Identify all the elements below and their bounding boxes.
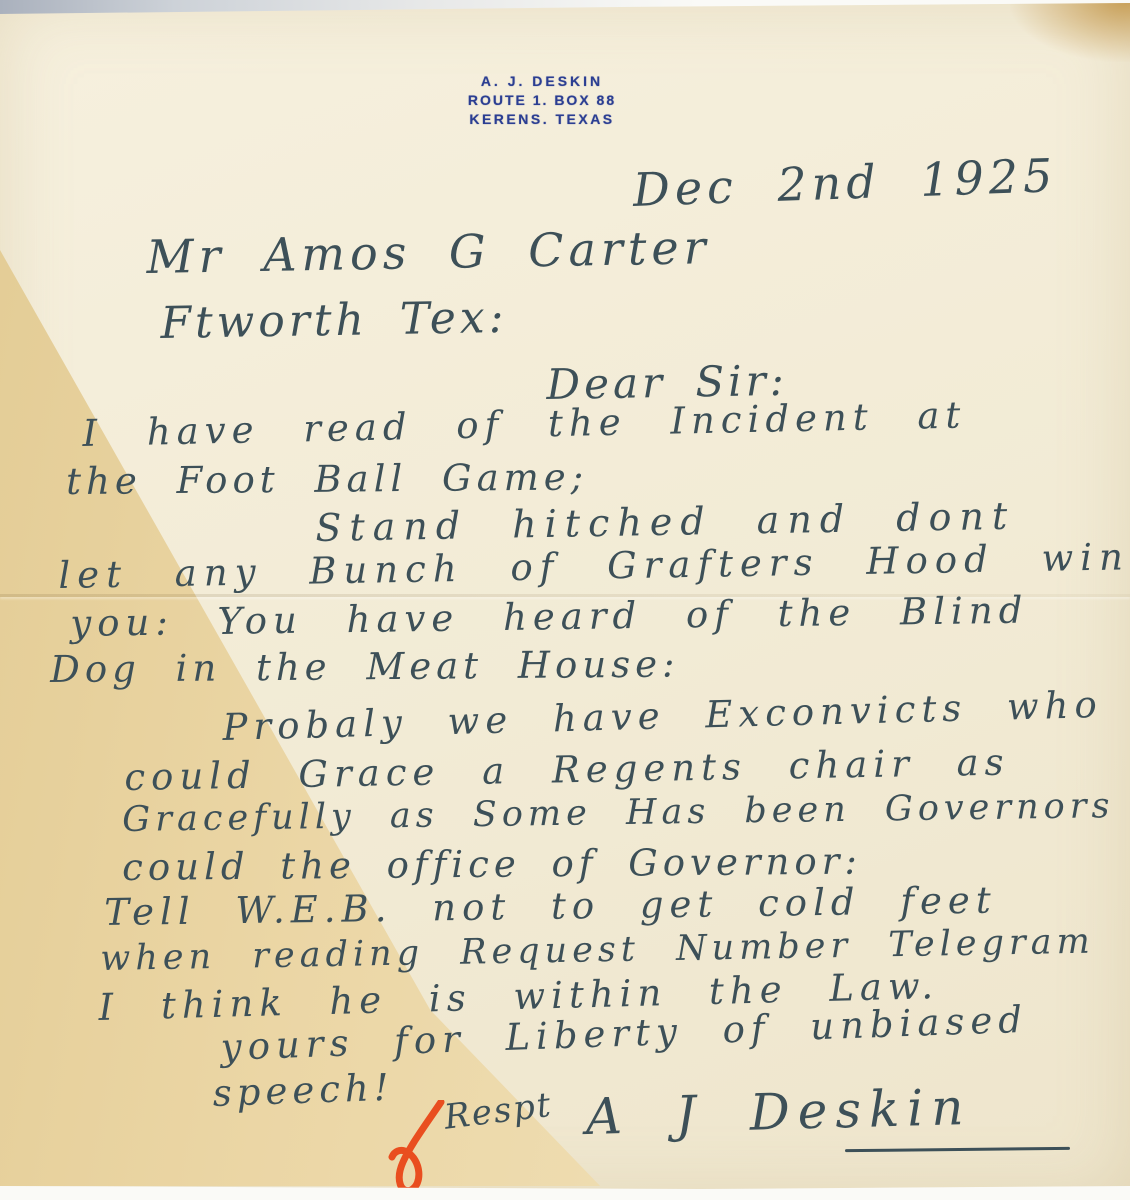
letter-paper: A. J. DESKIN ROUTE 1. BOX 88 KERENS. TEX… [0,0,1130,1200]
letterhead-name: A. J. DESKIN [427,72,657,91]
date-line: Dec 2nd 1925 [632,148,1058,217]
recipient-city: Ftworth Tex: [160,292,508,349]
signature: A J Deskin [585,1078,972,1146]
handwritten-line: the Foot Ball Game; [66,455,588,503]
handwritten-line: speech! [212,1066,394,1115]
signature-flourish [845,1147,1070,1152]
handwritten-line: you: You have heard of the Blind [70,589,1029,645]
letter-scan-page: A. J. DESKIN ROUTE 1. BOX 88 KERENS. TEX… [0,0,1130,1200]
corner-stain [1010,0,1130,62]
handwritten-line: Probaly we have Exconvicts who [222,683,1103,749]
letterhead-address: ROUTE 1. BOX 88 [427,91,657,110]
orange-check-mark-icon [385,1100,447,1192]
handwritten-line: let any Bunch of Grafters Hood wink [58,535,1130,597]
letterhead-stamp: A. J. DESKIN ROUTE 1. BOX 88 KERENS. TEX… [427,72,657,129]
handwritten-line: Dog in the Meat House: [50,643,680,691]
letterhead-city: KERENS. TEXAS [427,110,657,129]
handwritten-line: I have read of the Incident at [82,393,967,455]
recipient-name: Mr Amos G Carter [146,220,711,284]
